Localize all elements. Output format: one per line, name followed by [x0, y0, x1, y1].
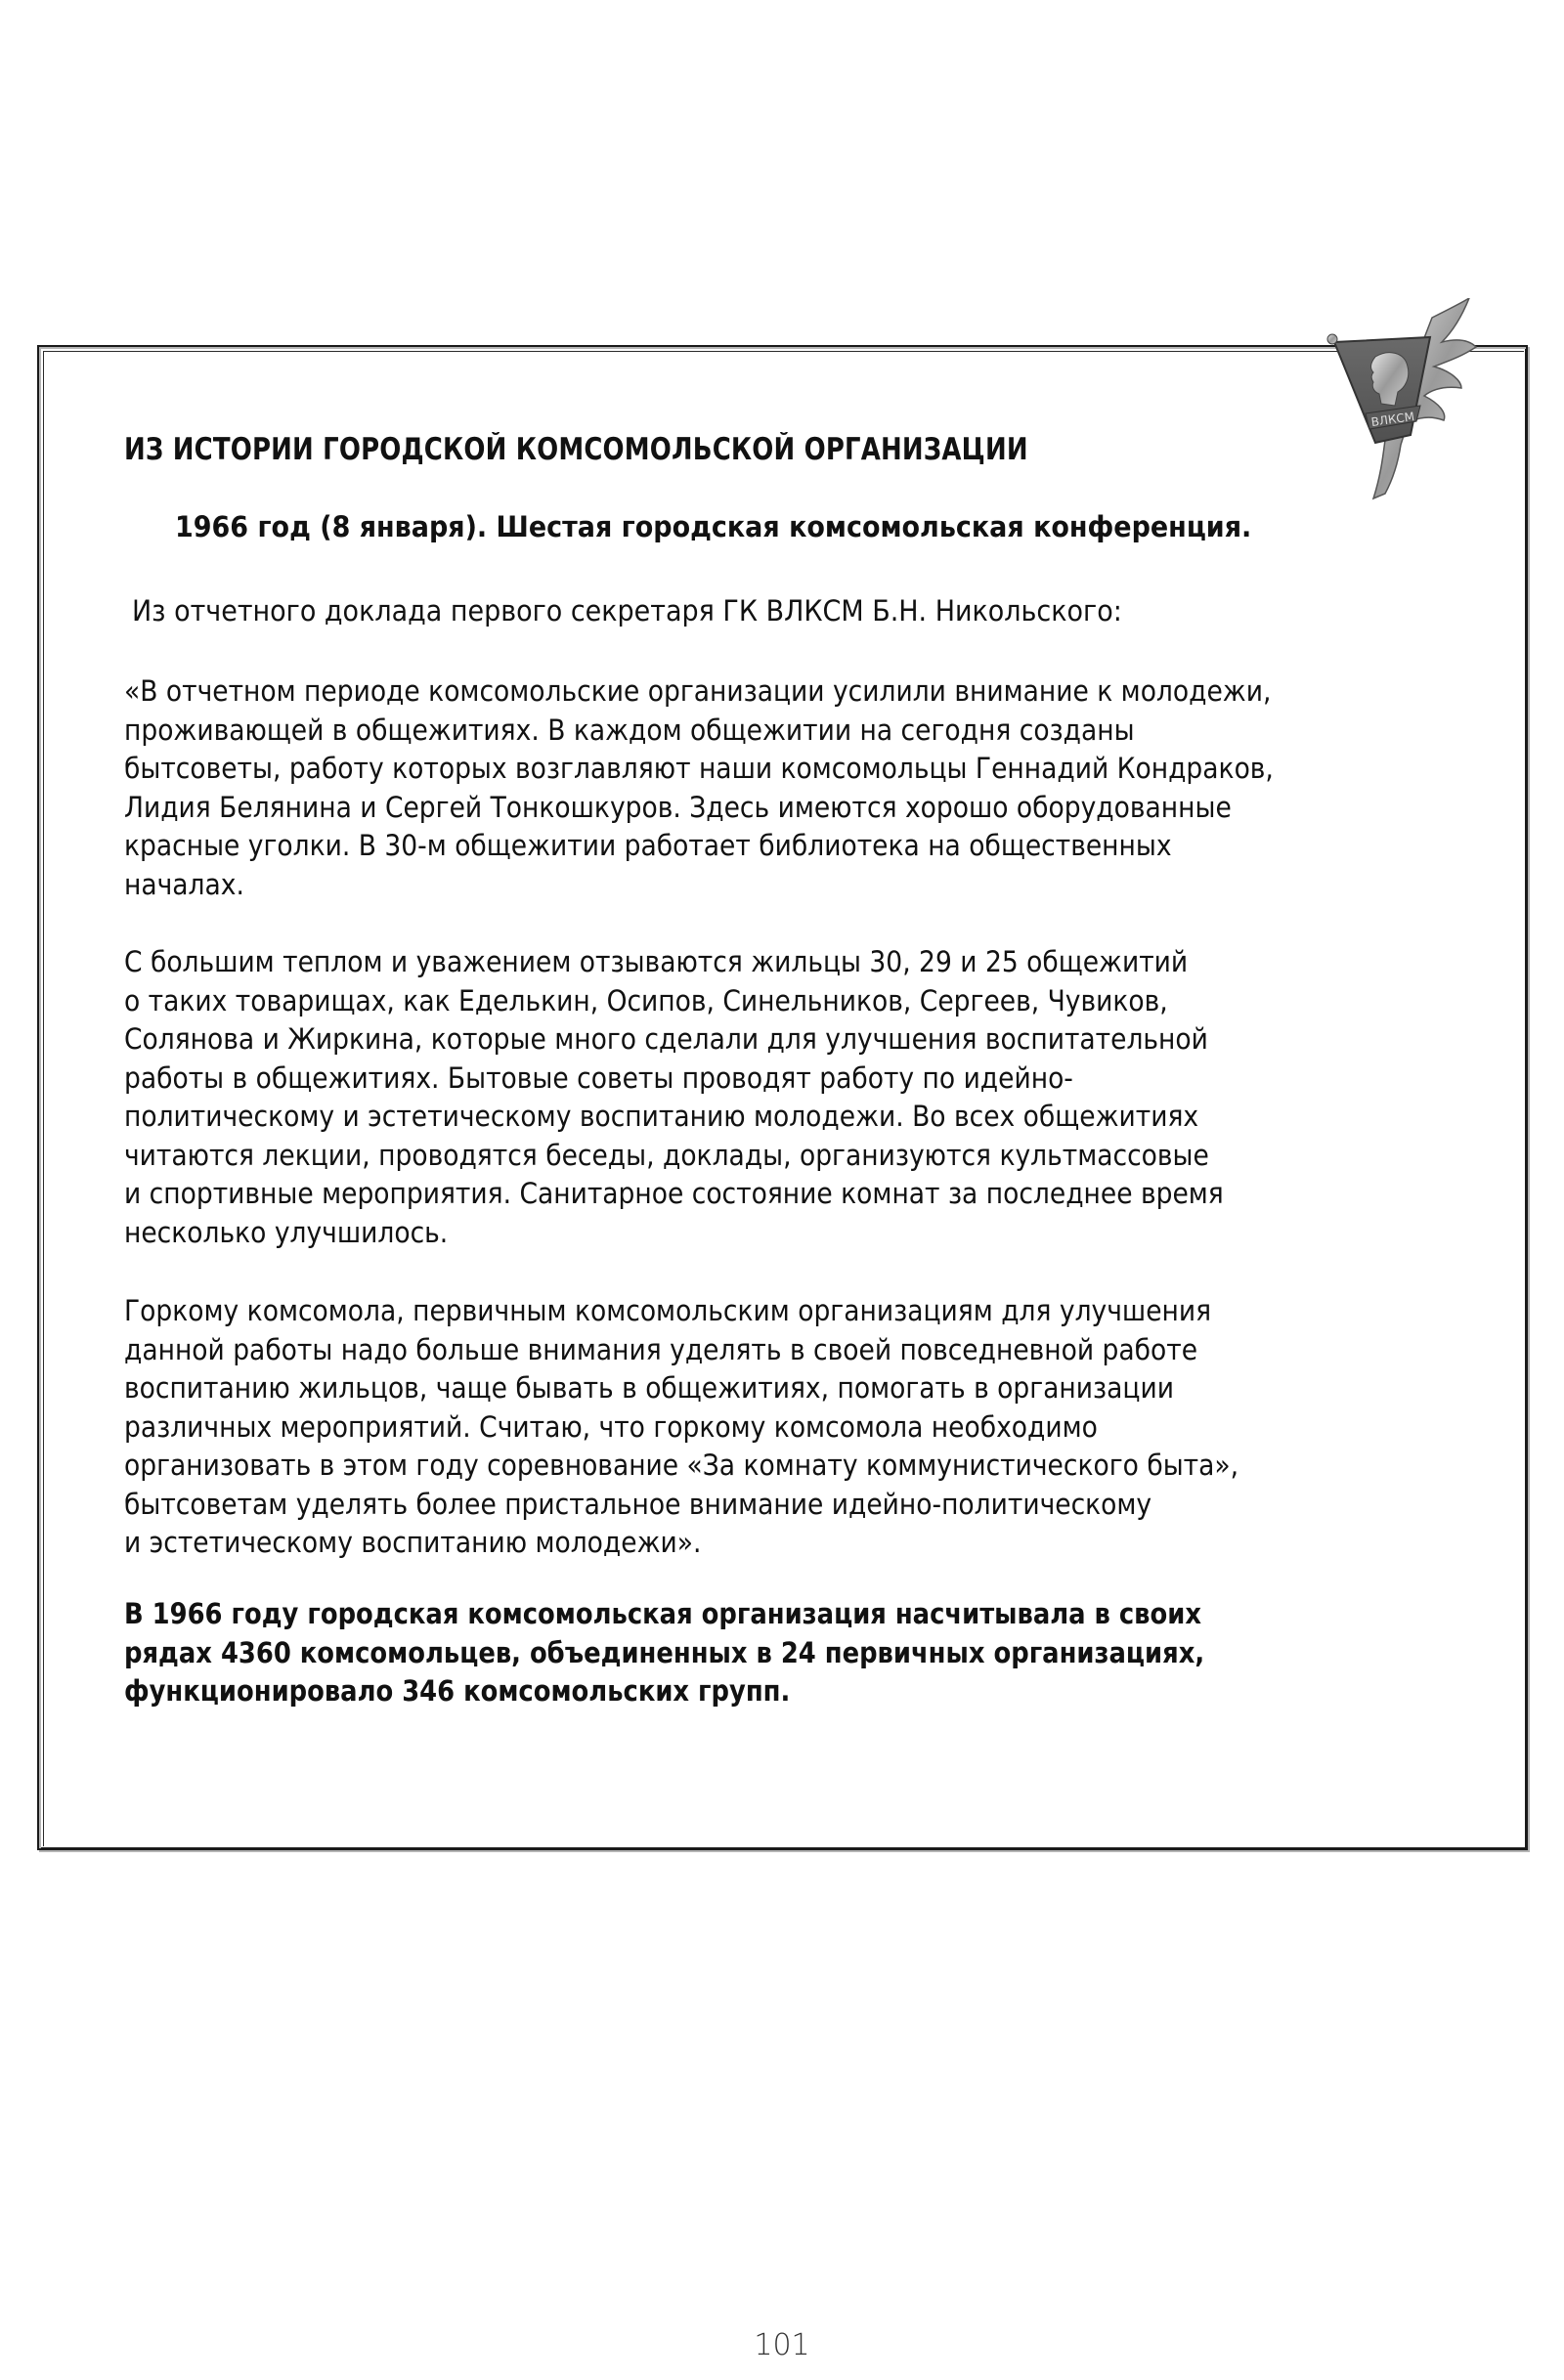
quote-paragraph-3: Горкому комсомола, первичным комсомольск… — [124, 1292, 1238, 1563]
section-heading: ИЗ ИСТОРИИ ГОРОДСКОЙ КОМСОМОЛЬСКОЙ ОРГАН… — [124, 430, 1378, 469]
quote-paragraph-2: С большим теплом и уважением отзываются … — [124, 943, 1224, 1252]
event-subheading: 1966 год (8 января). Шестая городская ко… — [175, 508, 1251, 545]
article: ИЗ ИСТОРИИ ГОРОДСКОЙ КОМСОМОЛЬСКОЙ ОРГАН… — [124, 430, 1473, 469]
intro-line: Из отчетного доклада первого секретаря Г… — [132, 592, 1122, 629]
page-number: 101 — [0, 2328, 1564, 2363]
quote-paragraph-1: «В отчетном периоде комсомольские органи… — [124, 672, 1274, 904]
komsomol-badge-icon: ВЛКСМ — [1315, 298, 1481, 508]
summary-paragraph: В 1966 году городская комсомольская орга… — [124, 1595, 1204, 1711]
